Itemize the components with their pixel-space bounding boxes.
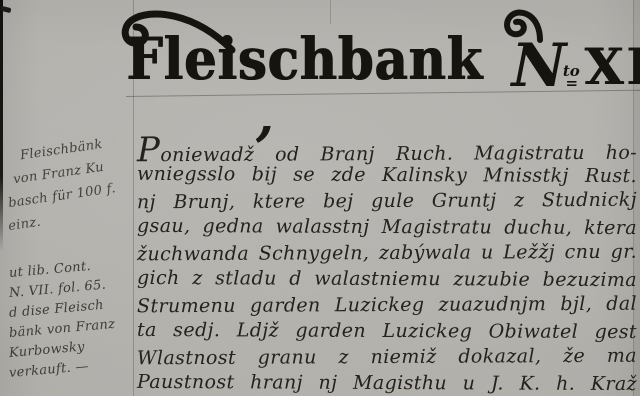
entry-line: ta sedj. Ldjž garden Luzickeg Obiwatel g… — [137, 317, 637, 345]
entry-line: Wlastnost granu z niemiž dokazal, že ma — [137, 343, 637, 372]
stall-number: XI. — [584, 36, 640, 98]
margin-note-upper-block: Fleischbänk von Franz Ku basch für 100 f… — [10, 146, 132, 238]
top-fold-line — [330, 0, 331, 24]
entry-line: gsau, gedna walasstnj Magistratu duchu, … — [137, 213, 637, 241]
entry-text: Poniewadž od Branj Ruch. Magistratu ho- … — [137, 136, 637, 396]
title-text: Fleischbank — [126, 22, 483, 96]
numero-letter: N — [511, 33, 566, 99]
entry-line: gich z stladu d walastniemu zuzubie bezu… — [137, 265, 637, 293]
scan-edge-strip — [0, 0, 3, 252]
margin-annotation: Fleischbänk von Franz Ku basch für 100 f… — [10, 146, 132, 238]
numero-abbreviation: to= — [562, 64, 580, 88]
entry-line-partial: Paustnost hranj nj Magisthu u J. K. h. K… — [137, 369, 637, 396]
entry-line: nj Brunj, ktere bej gule Gruntj z Studni… — [137, 187, 637, 216]
entry-line: Poniewadž od Branj Ruch. Magistratu ho- — [137, 135, 637, 164]
numero-mark: Nto=XI. — [511, 29, 640, 96]
entry-line: žuchwanda Schnygeln, zabýwala u Ležžj cn… — [137, 239, 637, 268]
manuscript-page: FleischbankNto=XI. , Fleischbänk von Fra… — [0, 0, 640, 396]
entry-line: wniegsslo bij se zde Kalinsky Mnisstkj R… — [137, 161, 637, 189]
margin-note-lower-block: ut lib. Cont. N. VII. fol. 65. d dise Fl… — [10, 264, 132, 384]
page-heading: FleischbankNto=XI. — [126, 26, 636, 110]
entry-line: Strumenu garden Luzickeg zuazudnjm bjl, … — [137, 291, 637, 320]
